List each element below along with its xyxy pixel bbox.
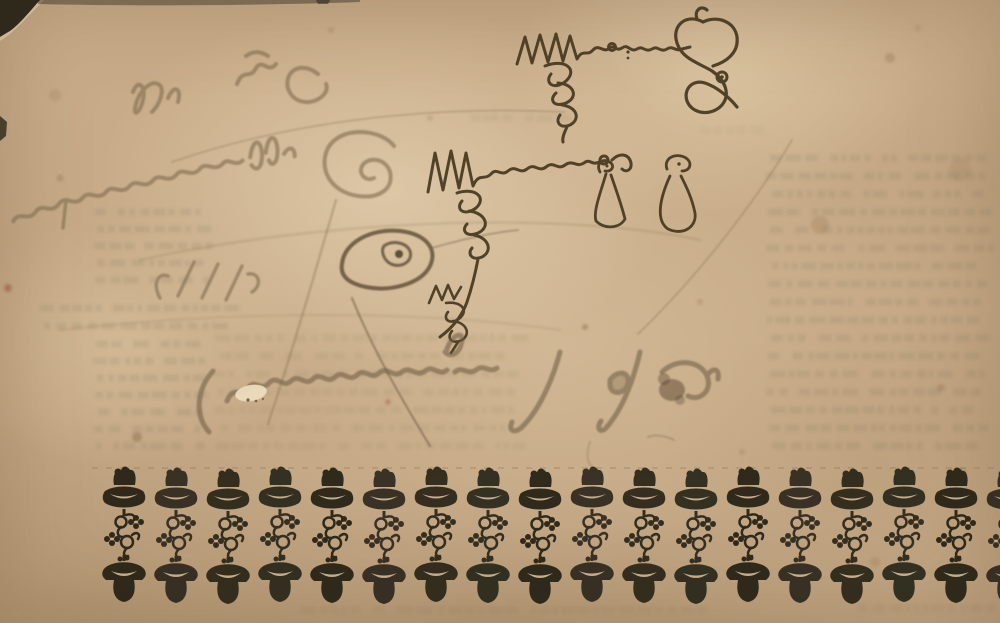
- ghost-glyph: [974, 245, 984, 252]
- ghost-glyph: [869, 245, 885, 252]
- ghost-glyph: [854, 425, 867, 432]
- ghost-glyph: [921, 155, 931, 162]
- ghost-glyph: [654, 607, 662, 614]
- knot-inner-dot: [720, 75, 724, 79]
- ghost-glyph: [309, 389, 319, 396]
- ghost-glyph: [491, 407, 505, 414]
- ornament-column: [310, 468, 353, 604]
- flaw-dot: [246, 398, 249, 401]
- ghost-glyph: [500, 425, 506, 432]
- ghost-glyph: [929, 299, 942, 306]
- ghost-glyph: [832, 407, 842, 414]
- ghost-glyph: [878, 227, 885, 234]
- fox-stain: [697, 299, 703, 305]
- ghost-glyph: [123, 277, 138, 284]
- ghost-glyph: [891, 443, 904, 450]
- fleuron-ornament-band: [102, 467, 1000, 605]
- ghost-glyph: [312, 335, 317, 342]
- ghost-glyph: [171, 426, 183, 433]
- small-stroke: [588, 442, 596, 470]
- ghost-glyph: [837, 227, 844, 234]
- ghost-glyph: [953, 425, 963, 432]
- ghost-glyph: [890, 281, 903, 288]
- ghost-glyph: [506, 607, 518, 614]
- ghost-glyph: [431, 407, 442, 414]
- ghost-glyph: [40, 305, 54, 312]
- ghost-glyph: [137, 392, 148, 399]
- ghost-text-line: [214, 407, 514, 414]
- ghost-glyph: [468, 353, 476, 360]
- ghost-glyph: [939, 335, 949, 342]
- ghost-glyph: [349, 389, 358, 396]
- torn-corner-dark: [0, 0, 40, 37]
- ghost-glyph: [137, 305, 142, 312]
- ghost-glyph: [972, 191, 983, 198]
- ghost-glyph: [837, 425, 850, 432]
- ghost-glyph: [914, 605, 920, 612]
- ghost-glyph: [798, 245, 811, 252]
- diagonal-stroke: [638, 140, 792, 334]
- ghost-glyph: [479, 335, 486, 342]
- ghost-glyph: [201, 305, 209, 312]
- ghost-glyph: [913, 245, 928, 252]
- ghost-glyph: [512, 335, 528, 342]
- ghost-glyph: [889, 353, 895, 360]
- ghost-glyph: [211, 305, 221, 312]
- ghost-glyph: [714, 127, 720, 134]
- ghost-glyph: [829, 317, 844, 324]
- ghost-glyph: [931, 407, 938, 414]
- ghost-glyph: [871, 425, 877, 432]
- ghost-glyph: [143, 375, 158, 382]
- ghost-glyph: [866, 263, 875, 270]
- ghost-text-line: [772, 263, 976, 270]
- ghost-text-line: [94, 426, 200, 433]
- ghost-glyph: [118, 209, 126, 216]
- ghost-glyph: [355, 353, 363, 360]
- ghost-glyph: [806, 425, 818, 432]
- ghost-glyph: [163, 375, 178, 382]
- ghost-glyph: [131, 409, 144, 416]
- ghost-glyph: [950, 353, 960, 360]
- ghost-glyph: [977, 155, 987, 162]
- ghost-glyph: [933, 191, 941, 198]
- ghost-glyph: [401, 335, 412, 342]
- ghost-glyph: [953, 389, 967, 396]
- ghost-glyph: [130, 375, 140, 382]
- ghost-glyph: [277, 407, 282, 414]
- ghost-glyph: [238, 425, 252, 432]
- ghost-glyph: [807, 443, 812, 450]
- ghost-glyph: [113, 305, 125, 312]
- flaw-dot: [262, 398, 264, 400]
- ghost-glyph: [215, 335, 230, 342]
- ghost-glyph: [946, 173, 961, 180]
- faded-inscriptions: [7, 52, 394, 424]
- ink-dot: [677, 162, 680, 165]
- ghost-glyph: [248, 443, 257, 450]
- ghost-glyph: [489, 389, 502, 396]
- ghost-glyph: [350, 607, 359, 614]
- ghost-glyph: [726, 127, 734, 134]
- ghost-glyph: [540, 607, 549, 614]
- ghost-glyph: [895, 299, 903, 306]
- ghost-glyph: [858, 605, 867, 612]
- ghost-glyph: [97, 260, 105, 267]
- fox-stain: [870, 557, 880, 567]
- faded-word-2: [237, 52, 327, 102]
- ghost-glyph: [859, 245, 865, 252]
- ghost-glyph: [986, 605, 995, 612]
- ghost-glyph: [845, 407, 859, 414]
- ghost-glyph: [214, 407, 226, 414]
- ghost-glyph: [801, 263, 816, 270]
- ghost-glyph: [896, 263, 912, 270]
- ghost-glyph: [697, 607, 708, 614]
- ornament-column: [778, 468, 821, 604]
- ghost-glyph: [180, 209, 191, 216]
- ghost-glyph: [964, 155, 972, 162]
- ghost-glyph: [391, 407, 401, 414]
- ghost-text-line: [766, 389, 981, 396]
- ghost-glyph: [300, 607, 315, 614]
- ghost-glyph: [970, 605, 982, 612]
- ghost-glyph: [819, 335, 832, 342]
- ink-blot: [658, 373, 685, 405]
- ghost-glyph: [158, 260, 165, 267]
- ghost-glyph: [820, 407, 827, 414]
- fox-stain: [4, 284, 12, 292]
- ghost-glyph: [224, 305, 239, 312]
- signature-tail-mark: [648, 436, 674, 440]
- ghost-glyph: [909, 155, 919, 162]
- ghost-glyph: [168, 209, 176, 216]
- ghost-glyph: [265, 425, 275, 432]
- ghost-glyph: [319, 443, 326, 450]
- ghost-glyph: [791, 443, 801, 450]
- ghost-glyph: [807, 191, 812, 198]
- ghost-glyph: [891, 335, 901, 342]
- ghost-glyph: [440, 443, 452, 450]
- left-edge-notch: [0, 116, 7, 141]
- ink-dot: [627, 57, 630, 60]
- ghost-glyph: [502, 115, 512, 122]
- ghost-glyph: [398, 443, 412, 450]
- ghost-glyph: [450, 425, 458, 432]
- ghost-glyph: [907, 191, 923, 198]
- ghost-glyph: [874, 353, 887, 360]
- ghost-glyph: [965, 227, 975, 234]
- ghost-glyph: [853, 353, 859, 360]
- ghost-glyph: [384, 389, 396, 396]
- ghost-glyph: [321, 389, 332, 396]
- ghost-glyph: [951, 155, 961, 162]
- ghost-glyph: [863, 407, 875, 414]
- ornament-column: [570, 467, 613, 603]
- ghost-glyph: [108, 226, 115, 233]
- ghost-glyph: [151, 392, 167, 399]
- ghost-glyph: [841, 155, 847, 162]
- ghost-glyph: [817, 443, 831, 450]
- ghost-glyph: [682, 607, 694, 614]
- ghost-glyph: [185, 341, 200, 348]
- ghost-glyph: [870, 389, 884, 396]
- ghost-glyph: [907, 443, 912, 450]
- ghost-glyph: [437, 607, 443, 614]
- ghost-glyph: [60, 305, 70, 312]
- ghost-text-line: [770, 299, 981, 306]
- ghost-glyph: [931, 209, 944, 216]
- ghost-glyph: [601, 607, 615, 614]
- ghost-glyph: [840, 173, 853, 180]
- top-paraph: [545, 63, 576, 142]
- ghost-glyph: [95, 277, 105, 284]
- ghost-glyph: [358, 407, 371, 414]
- ghost-glyph: [931, 605, 944, 612]
- fox-stain: [885, 53, 895, 63]
- ghost-glyph: [890, 389, 897, 396]
- ghost-glyph: [775, 317, 791, 324]
- ghost-glyph: [737, 127, 746, 134]
- ghost-glyph: [274, 443, 283, 450]
- ghost-glyph: [857, 227, 864, 234]
- ghost-glyph: [352, 335, 367, 342]
- ghost-glyph: [786, 425, 800, 432]
- ghost-glyph: [95, 392, 103, 399]
- ghost-glyph: [322, 335, 335, 342]
- ghost-glyph: [473, 389, 483, 396]
- ghost-glyph: [362, 389, 378, 396]
- ghost-glyph: [792, 263, 798, 270]
- ghost-glyph: [847, 227, 855, 234]
- ghost-glyph: [394, 335, 399, 342]
- ghost-glyph: [785, 245, 794, 252]
- ghost-glyph: [931, 317, 936, 324]
- ghost-text-line: [858, 605, 995, 612]
- ghost-text-line: [98, 226, 212, 233]
- faded-cursive-line: [7, 135, 298, 221]
- ghost-glyph: [362, 443, 373, 450]
- teardrop-doodle-right: [660, 156, 695, 232]
- ghost-glyph: [988, 245, 994, 252]
- ghost-glyph: [770, 227, 783, 234]
- ghost-glyph: [85, 305, 93, 312]
- ghost-glyph: [181, 305, 190, 312]
- teardrop-doodle-left: [595, 161, 625, 227]
- ghost-glyph: [401, 353, 414, 360]
- knot-doodle: [676, 8, 737, 113]
- ghost-text-line: [95, 392, 207, 399]
- ghost-text-line: [95, 277, 209, 284]
- ghost-glyph: [488, 607, 502, 614]
- ghost-text-line: [770, 227, 989, 234]
- ghost-glyph: [889, 407, 894, 414]
- ghost-glyph: [177, 409, 192, 416]
- ghost-glyph: [255, 371, 270, 378]
- ghost-glyph: [147, 305, 160, 312]
- fox-stain: [582, 324, 588, 330]
- ghost-glyph: [829, 371, 837, 378]
- ghost-glyph: [948, 605, 955, 612]
- ghost-glyph: [164, 305, 177, 312]
- ghost-glyph: [834, 353, 850, 360]
- ghost-glyph: [799, 389, 812, 396]
- ghost-glyph: [228, 407, 234, 414]
- ghost-glyph: [906, 605, 911, 612]
- fox-stain: [385, 399, 391, 405]
- ghost-glyph: [864, 173, 875, 180]
- ghost-glyph: [915, 317, 926, 324]
- ghost-glyph: [389, 425, 395, 432]
- ghost-glyph: [896, 245, 910, 252]
- ghost-text-line: [771, 335, 990, 342]
- ghost-glyph: [874, 335, 888, 342]
- mid-scrawl: [428, 151, 599, 192]
- ghost-glyph: [333, 425, 340, 432]
- ink-dot: [606, 165, 609, 168]
- ghost-glyph: [821, 425, 831, 432]
- signature-line: [199, 335, 718, 440]
- ghost-glyph: [134, 358, 142, 365]
- ghost-glyph: [928, 389, 940, 396]
- ghost-glyph: [98, 226, 104, 233]
- ghost-glyph: [168, 226, 182, 233]
- ghost-glyph: [916, 425, 923, 432]
- ghost-glyph: [772, 443, 786, 450]
- ghost-glyph: [913, 389, 925, 396]
- ghost-text-line: [40, 305, 239, 312]
- ghost-glyph: [806, 407, 815, 414]
- ghost-glyph: [805, 155, 818, 162]
- ghost-glyph: [908, 281, 921, 288]
- ghost-glyph: [110, 358, 120, 365]
- ghost-text-line: [770, 371, 985, 378]
- faded-loop-flourish: [325, 132, 394, 196]
- ghost-glyph: [818, 191, 826, 198]
- ghost-glyph: [285, 407, 296, 414]
- ghost-glyph: [312, 425, 327, 432]
- ghost-glyph: [935, 443, 942, 450]
- ghost-glyph: [109, 426, 121, 433]
- ghost-glyph: [836, 335, 851, 342]
- ghost-glyph: [495, 443, 501, 450]
- ghost-glyph: [799, 173, 812, 180]
- ghost-glyph: [185, 260, 190, 267]
- ghost-glyph: [900, 389, 908, 396]
- ghost-glyph: [950, 407, 957, 414]
- ghost-glyph: [843, 371, 858, 378]
- ghost-glyph: [815, 371, 824, 378]
- ghost-glyph: [772, 263, 779, 270]
- ghost-glyph: [816, 353, 830, 360]
- ghost-glyph: [940, 317, 948, 324]
- ghost-glyph: [965, 353, 979, 360]
- ghost-glyph: [779, 389, 787, 396]
- ghost-glyph: [114, 443, 120, 450]
- ghost-glyph: [266, 335, 272, 342]
- ghost-glyph: [507, 371, 519, 378]
- ghost-glyph: [161, 341, 170, 348]
- ghost-glyph: [798, 281, 813, 288]
- ghost-glyph: [879, 299, 892, 306]
- ghost-glyph: [928, 371, 933, 378]
- ghost-text-line: [768, 353, 979, 360]
- ghost-glyph: [817, 245, 826, 252]
- ghost-glyph: [948, 209, 961, 216]
- ghost-text-line: [300, 607, 707, 614]
- ornament-column: [934, 468, 977, 604]
- ghost-text-line: [96, 443, 204, 450]
- ghost-glyph: [751, 127, 765, 134]
- ghost-glyph: [192, 305, 198, 312]
- ghost-glyph: [220, 353, 233, 360]
- ghost-glyph: [144, 243, 154, 250]
- ghost-glyph: [145, 426, 153, 433]
- ghost-glyph: [141, 209, 151, 216]
- ghost-glyph: [879, 317, 888, 324]
- ghost-glyph: [109, 243, 121, 250]
- ornament-column: [206, 469, 249, 605]
- ghost-glyph: [234, 335, 249, 342]
- ghost-glyph: [766, 389, 774, 396]
- fox-stain: [49, 89, 61, 101]
- ghost-glyph: [700, 127, 710, 134]
- ghost-glyph: [145, 358, 154, 365]
- ghost-glyph: [830, 173, 838, 180]
- ghost-glyph: [507, 389, 515, 396]
- ghost-glyph: [771, 407, 786, 414]
- ghost-glyph: [531, 607, 536, 614]
- sweep-stroke: [140, 223, 700, 260]
- ghost-glyph: [946, 227, 961, 234]
- ghost-glyph: [592, 607, 599, 614]
- ghost-glyph: [457, 407, 465, 414]
- ghost-glyph: [159, 243, 175, 250]
- ghost-glyph: [771, 335, 783, 342]
- ornament-column: [622, 468, 665, 604]
- ghost-glyph: [851, 281, 862, 288]
- ghost-text-line: [95, 209, 201, 216]
- top-edge-nick: [316, 0, 330, 4]
- ghost-glyph: [979, 371, 985, 378]
- ghost-glyph: [890, 371, 897, 378]
- ghost-glyph: [889, 173, 902, 180]
- ghost-glyph: [812, 209, 818, 216]
- ghost-glyph: [829, 299, 845, 306]
- ghost-text-line: [220, 353, 504, 360]
- ghost-glyph: [768, 353, 779, 360]
- ghost-glyph: [814, 173, 827, 180]
- ghost-glyph: [768, 281, 781, 288]
- ghost-glyph: [945, 191, 951, 198]
- ghost-glyph: [336, 389, 345, 396]
- ghost-glyph: [925, 425, 940, 432]
- ghost-glyph: [315, 353, 329, 360]
- ghost-glyph: [898, 407, 909, 414]
- ghost-glyph: [961, 605, 966, 612]
- ghost-glyph: [332, 353, 346, 360]
- ghost-glyph: [911, 227, 925, 234]
- ghost-glyph: [917, 443, 922, 450]
- fox-stain: [427, 115, 433, 121]
- ornament-column: [674, 469, 717, 605]
- fox-stain: [915, 25, 921, 31]
- ghost-glyph: [848, 299, 853, 306]
- ghost-glyph: [455, 443, 469, 450]
- ghost-glyph: [460, 425, 467, 432]
- ghost-glyph: [966, 263, 977, 270]
- ghost-glyph: [111, 341, 122, 348]
